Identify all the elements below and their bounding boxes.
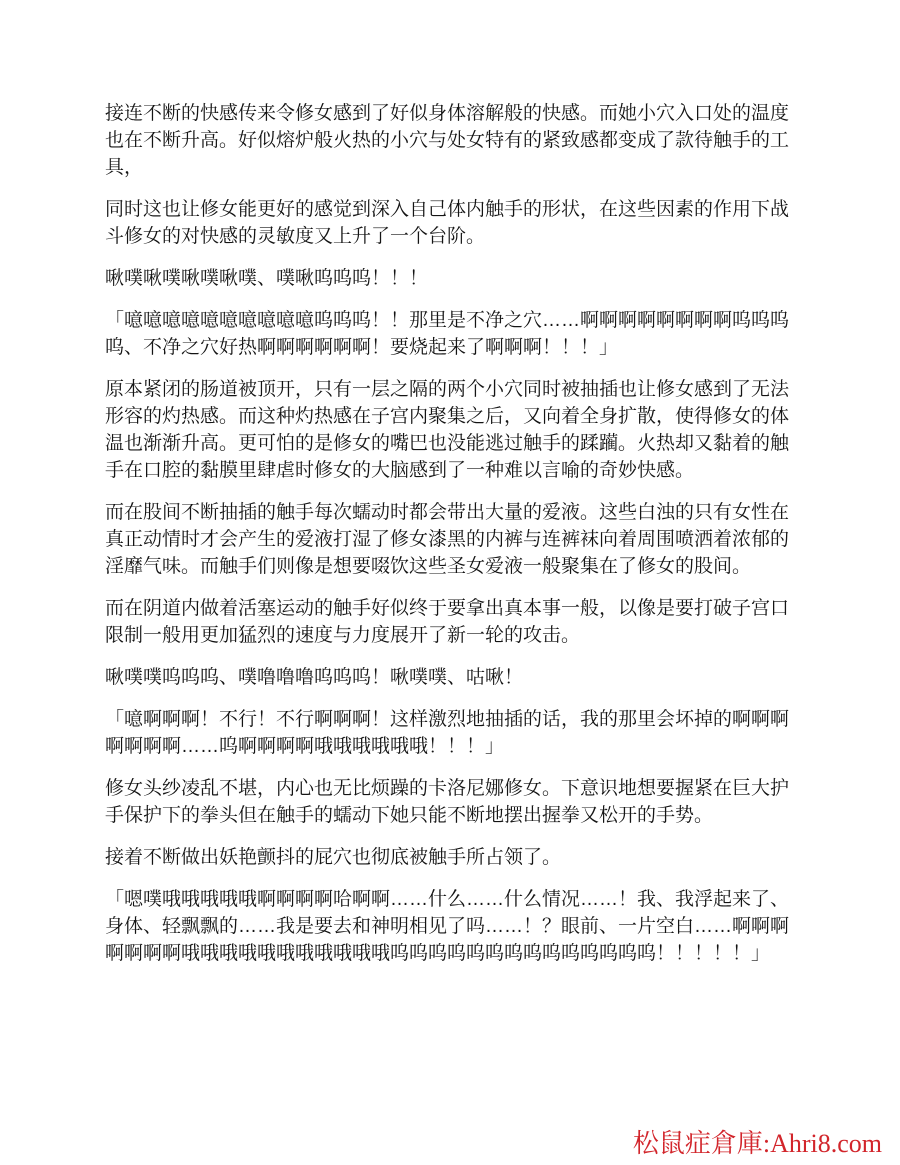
paragraph: 接着不断做出妖艳颤抖的屁穴也彻底被触手所占领了。 [105,844,797,871]
paragraph: 修女头纱凌乱不堪，内心也无比烦躁的卡洛尼娜修女。下意识地想要握紧在巨大护手保护下… [105,775,797,829]
site-watermark: 松鼠症倉庫:Ahri8.com [633,1129,882,1159]
paragraph-dialogue: 「嗯噗哦哦哦哦哦啊啊啊啊哈啊啊……什么……什么情况……！我、我浮起来了、身体、轻… [105,886,797,967]
story-text-block: 接连不断的快感传来令修女感到了好似身体溶解般的快感。而她小穴入口处的温度也在不断… [105,100,797,982]
paragraph-dialogue: 「噫噫噫噫噫噫噫噫噫噫呜呜呜！！那里是不净之穴……啊啊啊啊啊啊啊啊呜呜呜呜、不净… [105,307,797,361]
paragraph-sfx: 啾噗啾噗啾噗啾噗、噗啾呜呜呜！！！ [105,265,797,292]
document-page: 接连不断的快感传来令修女感到了好似身体溶解般的快感。而她小穴入口处的温度也在不断… [0,0,900,1165]
paragraph: 接连不断的快感传来令修女感到了好似身体溶解般的快感。而她小穴入口处的温度也在不断… [105,100,797,181]
paragraph: 同时这也让修女能更好的感觉到深入自己体内触手的形状，在这些因素的作用下战斗修女的… [105,196,797,250]
paragraph: 而在阴道内做着活塞运动的触手好似终于要拿出真本事一般，以像是要打破子宫口限制一般… [105,595,797,649]
paragraph: 而在股间不断抽插的触手每次蠕动时都会带出大量的爱液。这些白浊的只有女性在真正动情… [105,499,797,580]
paragraph-dialogue: 「噫啊啊啊！不行！不行啊啊啊！这样激烈地抽插的话，我的那里会坏掉的啊啊啊啊啊啊啊… [105,706,797,760]
paragraph-sfx: 啾噗噗呜呜呜、噗噜噜噜呜呜呜！啾噗噗、咕啾！ [105,664,797,691]
paragraph: 原本紧闭的肠道被顶开，只有一层之隔的两个小穴同时被抽插也让修女感到了无法形容的灼… [105,376,797,484]
